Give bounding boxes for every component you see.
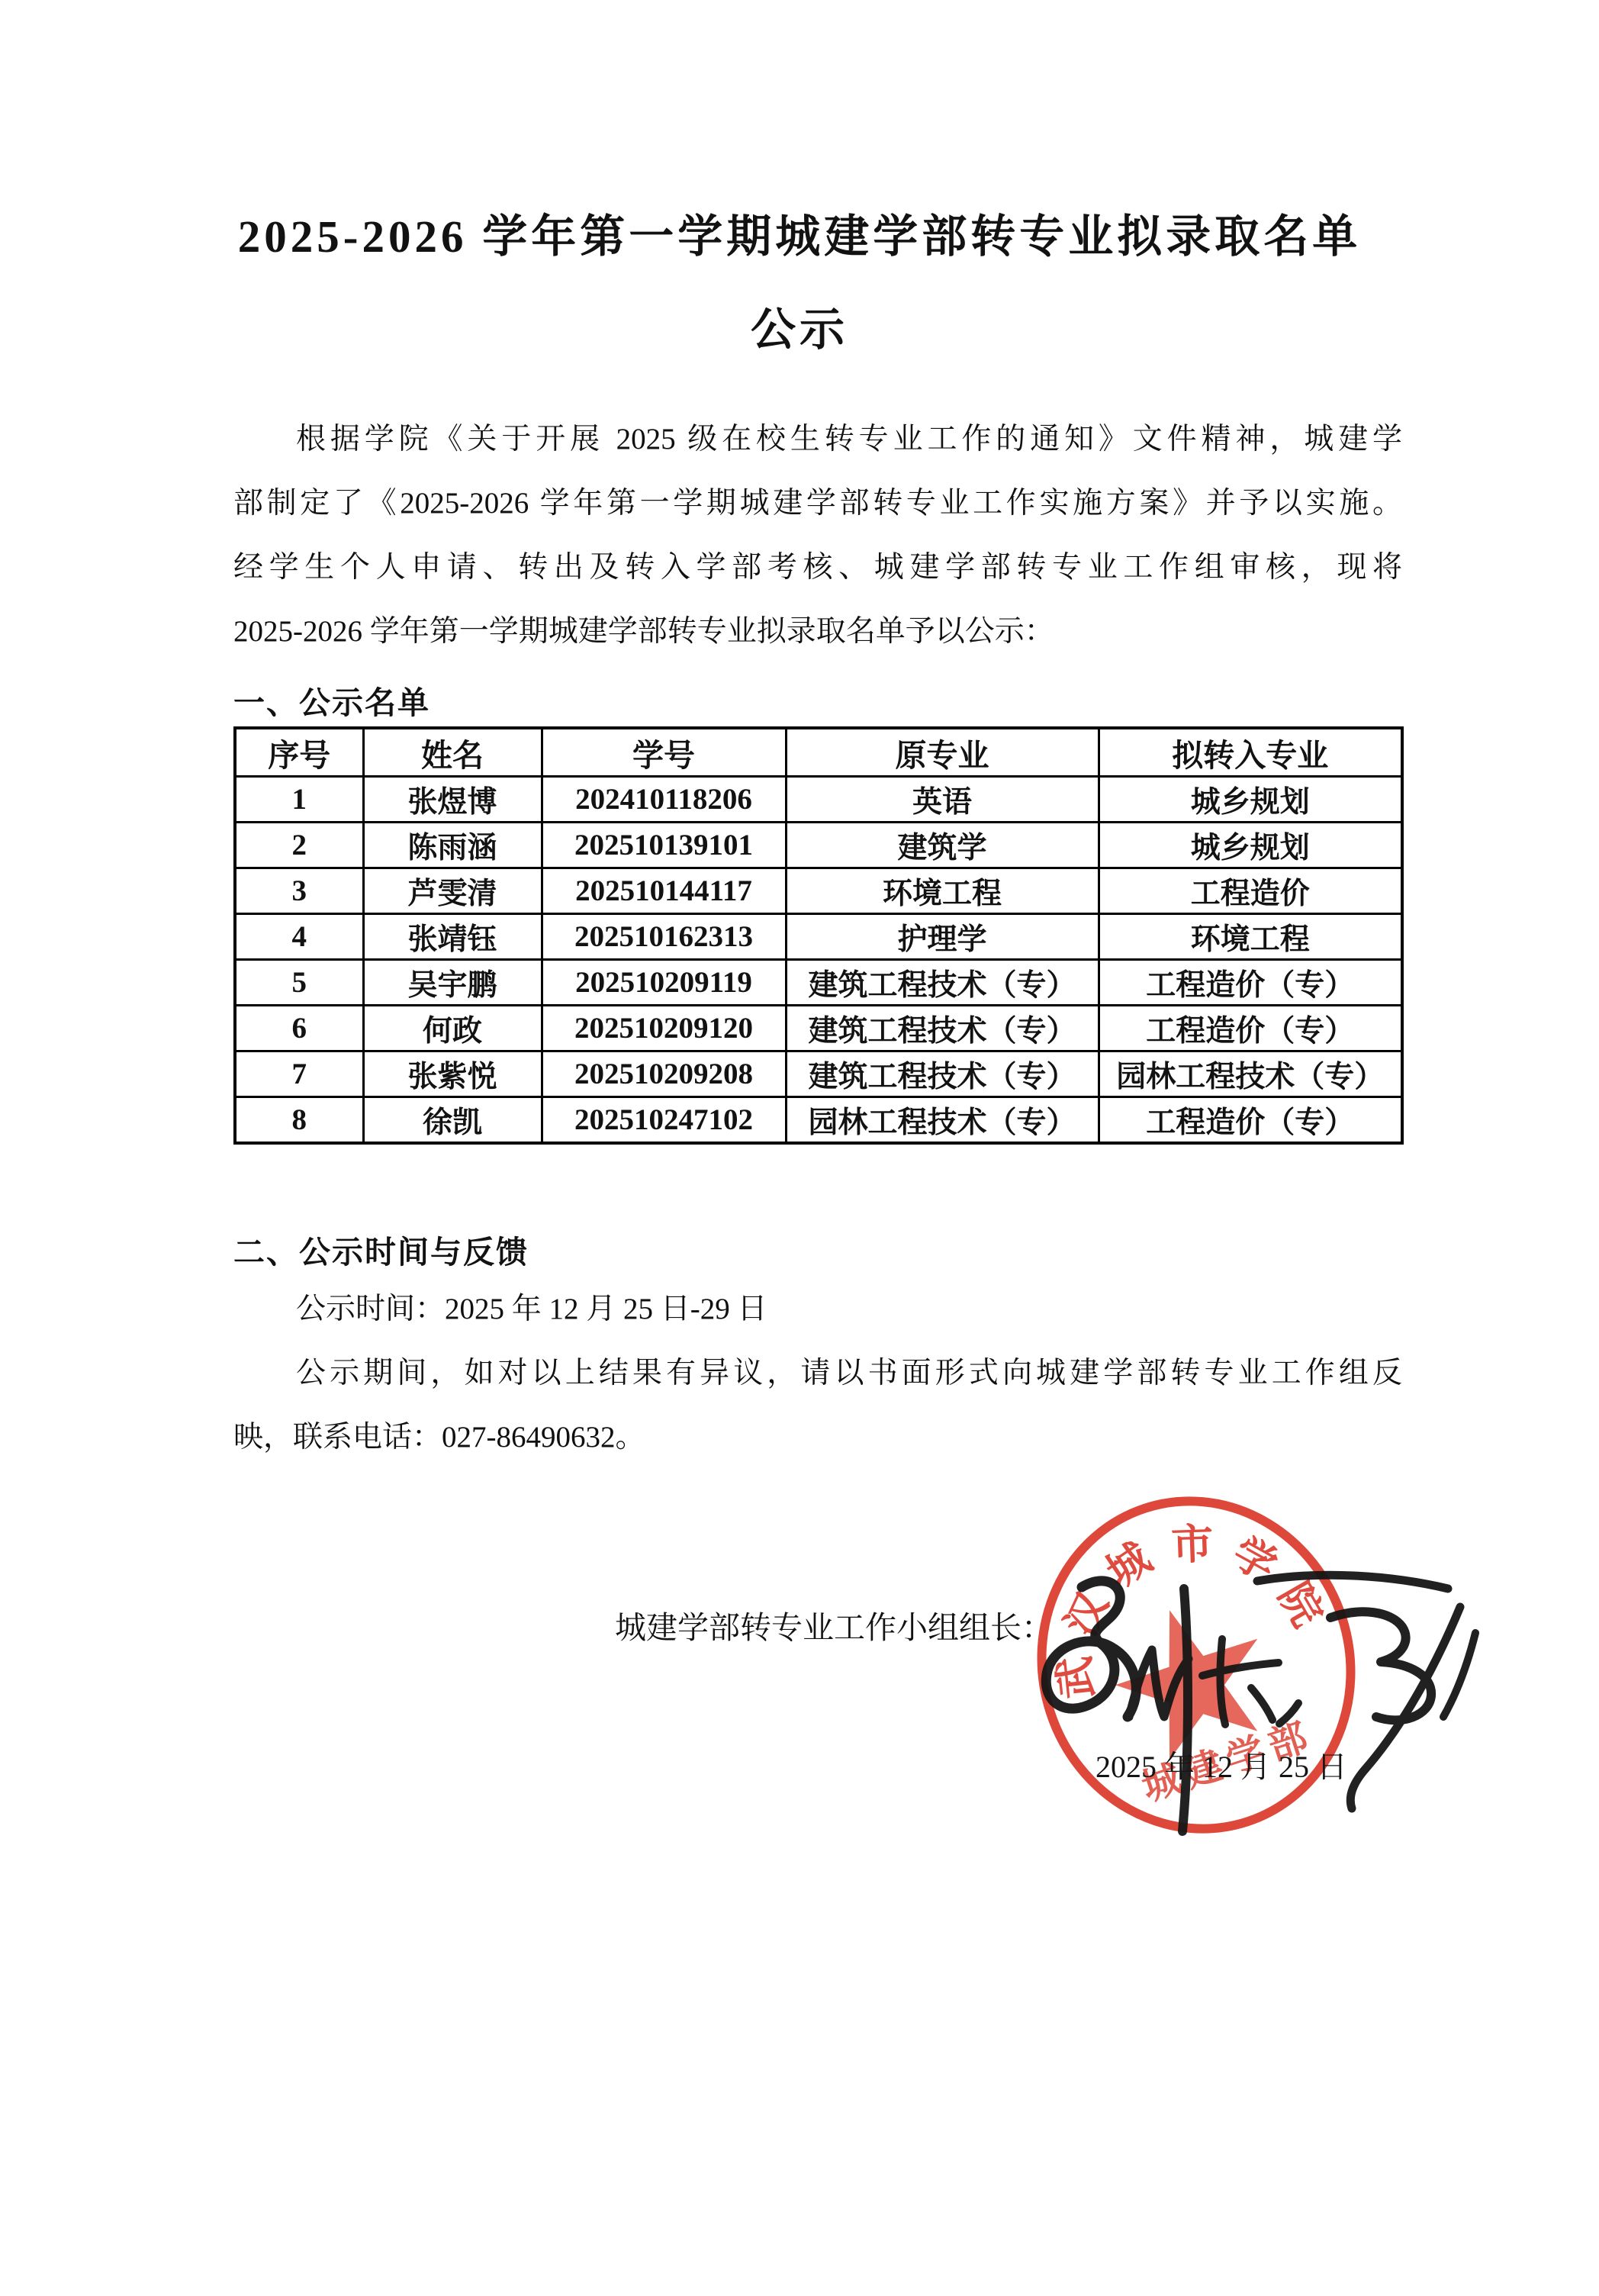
cell-name: 张紫悦	[363, 1051, 542, 1097]
cell-name: 吴宇鹏	[363, 960, 542, 1006]
admission-list-table: 序号 姓名 学号 原专业 拟转入专业 1 张煜博 202410118206 英语…	[233, 726, 1404, 1145]
header-student-id: 学号	[542, 728, 786, 777]
table-row: 4 张靖钰 202510162313 护理学 环境工程	[235, 914, 1402, 960]
cell-seq: 7	[235, 1051, 363, 1097]
cell-target-major: 工程造价	[1099, 868, 1402, 914]
cell-name: 张靖钰	[363, 914, 542, 960]
cell-name: 何政	[363, 1006, 542, 1051]
cell-student-id: 202510209208	[542, 1051, 786, 1097]
cell-seq: 1	[235, 777, 363, 823]
cell-name: 徐凯	[363, 1097, 542, 1144]
signature-label: 城建学部转专业工作小组组长：	[615, 1602, 1053, 1647]
cell-seq: 5	[235, 960, 363, 1006]
section1-heading: 一、公示名单	[233, 678, 430, 723]
document-title-line1: 2025-2026 学年第一学期城建学部转专业拟录取名单	[0, 200, 1599, 265]
table-row: 6 何政 202510209120 建筑工程技术（专） 工程造价（专）	[235, 1006, 1402, 1051]
intro-line-4: 2025-2026 学年第一学期城建学部转专业拟录取名单予以公示：	[233, 613, 1402, 651]
table-row: 2 陈雨涵 202510139101 建筑学 城乡规划	[235, 823, 1402, 868]
cell-original-major: 护理学	[786, 914, 1099, 960]
cell-name: 陈雨涵	[363, 823, 542, 868]
seal-star-icon	[1099, 1587, 1285, 1769]
document-title-line2: 公示	[0, 293, 1599, 358]
seal-arc-char: 武	[1051, 1654, 1102, 1701]
cell-seq: 6	[235, 1006, 363, 1051]
cell-seq: 4	[235, 914, 363, 960]
seal-arc-char: 城	[1099, 1534, 1160, 1596]
header-target-major: 拟转入专业	[1099, 728, 1402, 777]
signature-handwriting-icon	[992, 1541, 1511, 1847]
cell-seq: 8	[235, 1097, 363, 1144]
table-row: 3 芦雯清 202510144117 环境工程 工程造价	[235, 868, 1402, 914]
cell-original-major: 环境工程	[786, 868, 1099, 914]
cell-target-major: 工程造价（专）	[1099, 960, 1402, 1006]
cell-name: 张煜博	[363, 777, 542, 823]
official-seal-icon: 武 汉 城 市 学 院 城建学部	[1007, 1469, 1526, 1881]
cell-original-major: 建筑工程技术（专）	[786, 1006, 1099, 1051]
seal-arc-char: 学	[1225, 1529, 1285, 1590]
table-row: 7 张紫悦 202510209208 建筑工程技术（专） 园林工程技术（专）	[235, 1051, 1402, 1097]
table-row: 8 徐凯 202510247102 园林工程技术（专） 工程造价（专）	[235, 1097, 1402, 1144]
intro-line-3: 经学生个人申请、转出及转入学部考核、城建学部转专业工作组审核，现将	[233, 549, 1402, 587]
header-original-major: 原专业	[786, 728, 1099, 777]
cell-seq: 3	[235, 868, 363, 914]
header-seq: 序号	[235, 728, 363, 777]
table-row: 1 张煜博 202410118206 英语 城乡规划	[235, 777, 1402, 823]
cell-target-major: 园林工程技术（专）	[1099, 1051, 1402, 1097]
intro-line-2: 部制定了《2025-2026 学年第一学期城建学部转专业工作实施方案》并予以实施…	[233, 485, 1402, 523]
cell-target-major: 城乡规划	[1099, 777, 1402, 823]
cell-target-major: 工程造价（专）	[1099, 1006, 1402, 1051]
cell-target-major: 城乡规划	[1099, 823, 1402, 868]
cell-student-id: 202510162313	[542, 914, 786, 960]
cell-student-id: 202510139101	[542, 823, 786, 868]
cell-original-major: 园林工程技术（专）	[786, 1097, 1099, 1144]
header-name: 姓名	[363, 728, 542, 777]
cell-target-major: 环境工程	[1099, 914, 1402, 960]
table-row: 5 吴宇鹏 202510209119 建筑工程技术（专） 工程造价（专）	[235, 960, 1402, 1006]
table-header-row: 序号 姓名 学号 原专业 拟转入专业	[235, 728, 1402, 777]
cell-student-id: 202410118206	[542, 777, 786, 823]
cell-original-major: 英语	[786, 777, 1099, 823]
cell-student-id: 202510144117	[542, 868, 786, 914]
seal-arc-char: 市	[1170, 1521, 1214, 1569]
section2-heading: 二、公示时间与反馈	[233, 1227, 529, 1272]
cell-original-major: 建筑工程技术（专）	[786, 960, 1099, 1006]
publicity-time-line: 公示时间：2025 年 12 月 25 日-29 日	[233, 1291, 1465, 1328]
intro-line-1: 根据学院《关于开展 2025 级在校生转专业工作的通知》文件精神，城建学	[233, 421, 1402, 459]
cell-original-major: 建筑学	[786, 823, 1099, 868]
feedback-line-2: 映，联系电话：027-86490632。	[233, 1419, 1402, 1457]
cell-name: 芦雯清	[363, 868, 542, 914]
cell-seq: 2	[235, 823, 363, 868]
cell-student-id: 202510247102	[542, 1097, 786, 1144]
cell-student-id: 202510209119	[542, 960, 786, 1006]
cell-original-major: 建筑工程技术（专）	[786, 1051, 1099, 1097]
signature-date: 2025 年 12 月 25 日	[1095, 1743, 1347, 1786]
seal-arc-char: 汉	[1057, 1585, 1117, 1644]
cell-student-id: 202510209120	[542, 1006, 786, 1051]
seal-arc-char: 院	[1270, 1575, 1331, 1634]
feedback-line-1: 公示期间，如对以上结果有异议，请以书面形式向城建学部转专业工作组反	[233, 1355, 1402, 1393]
announcement-document: 2025-2026 学年第一学期城建学部转专业拟录取名单 公示 根据学院《关于开…	[0, 0, 1599, 2296]
cell-target-major: 工程造价（专）	[1099, 1097, 1402, 1144]
